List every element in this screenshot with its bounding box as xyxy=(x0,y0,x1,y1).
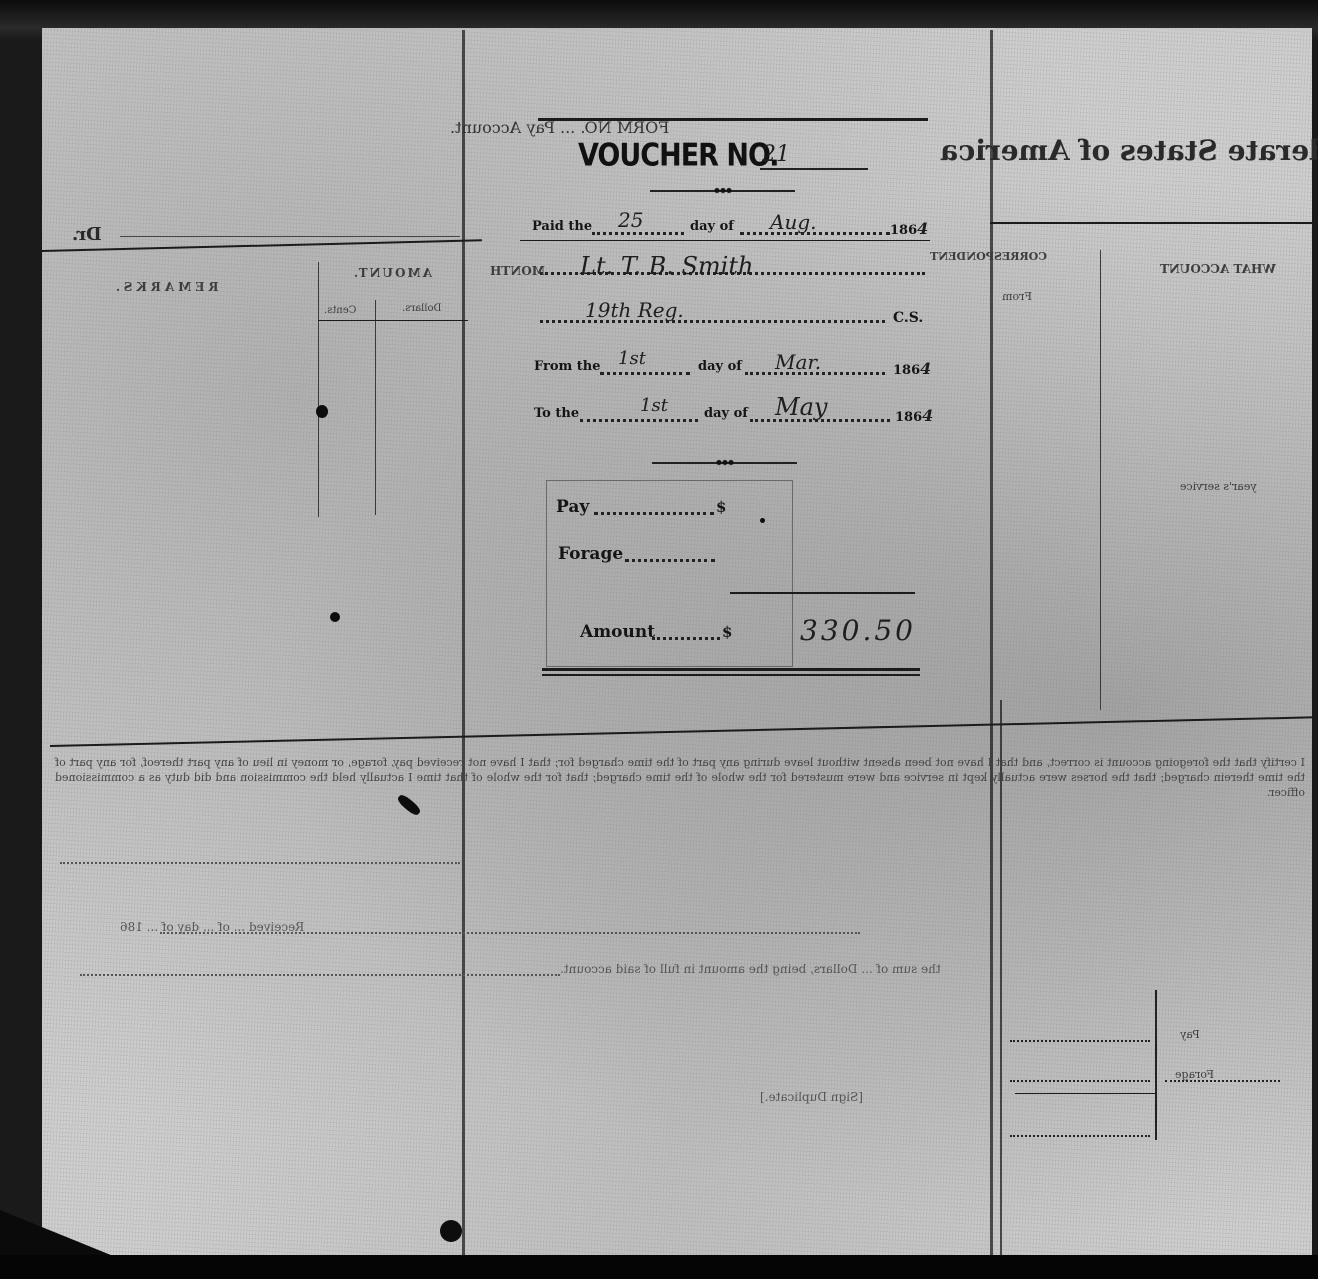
ink-blot-2 xyxy=(330,612,340,622)
pay-currency: $ xyxy=(716,498,726,516)
from-year: 1864 xyxy=(893,359,931,378)
amount-col-divider-1 xyxy=(318,262,319,517)
received-dots xyxy=(160,932,860,934)
voucher-title: VOUCHER NO. xyxy=(578,138,779,174)
ink-blot-1 xyxy=(316,405,328,418)
paid-day: 25 xyxy=(618,208,643,232)
correspondent-header: CORRESPONDENT xyxy=(930,250,1047,263)
from-year-suffix: 4 xyxy=(920,359,931,378)
remarks-header: REMARKS. xyxy=(112,280,219,294)
payee-cs-suffix: C.S. xyxy=(893,310,923,326)
payee-name: Lt. T. B. Smith xyxy=(580,252,753,280)
forage-label: Forage xyxy=(558,544,623,564)
from-dayof-label: day of xyxy=(698,359,742,374)
to-label: To the xyxy=(534,406,579,421)
from-day: 1st xyxy=(618,348,646,369)
to-day-line xyxy=(580,419,698,422)
paid-label: Paid the xyxy=(532,219,592,234)
amount-currency: $ xyxy=(722,623,732,641)
right-col-divider xyxy=(1100,250,1101,710)
right-dots-4 xyxy=(1165,1080,1280,1082)
signed-line: the sum of ... Dollars, being the amount… xyxy=(560,962,941,976)
amount-line xyxy=(652,637,720,640)
to-year: 1864 xyxy=(895,406,933,425)
ornament-divider-middle xyxy=(652,462,797,464)
years-service-text: year's service xyxy=(1180,480,1257,493)
subtotal-rule xyxy=(730,592,915,594)
dr-label: Dr. xyxy=(72,224,102,245)
amount-subheader-rule xyxy=(318,320,468,321)
right-dots-2 xyxy=(1010,1080,1150,1082)
header-rule-right xyxy=(990,222,1315,224)
ornament-divider-top xyxy=(650,190,795,192)
paid-year-suffix: 4 xyxy=(917,219,928,238)
pay-line xyxy=(594,512,714,515)
strikethrough-line xyxy=(538,118,928,121)
to-year-printed: 186 xyxy=(895,410,922,425)
dr-line xyxy=(120,236,460,237)
forage-line xyxy=(625,559,715,562)
voucher-number-line xyxy=(760,168,868,170)
paid-underline xyxy=(520,240,930,241)
payee-regiment: 19th Reg. xyxy=(585,298,684,322)
paid-year-printed: 186 xyxy=(890,223,917,238)
ink-blot-3 xyxy=(760,518,765,523)
to-month: May xyxy=(775,393,827,421)
to-day: 1st xyxy=(640,395,668,416)
total-double-rule-2 xyxy=(542,674,920,676)
to-year-suffix: 4 xyxy=(922,406,933,425)
amount-col-divider-2 xyxy=(375,300,376,515)
right-bottom-col-divider xyxy=(1155,990,1157,1140)
from-year-printed: 186 xyxy=(893,363,920,378)
paid-year-label: 1864 xyxy=(890,219,928,238)
cents-header: Cents. xyxy=(324,305,356,316)
paid-day-line xyxy=(592,232,684,235)
confederate-banner: Confederate States of America xyxy=(940,134,1318,167)
paid-month: Aug. xyxy=(770,210,816,234)
from-month: Mar. xyxy=(775,350,821,374)
pay-label: Pay xyxy=(556,497,589,517)
pay-header-right: Pay xyxy=(1180,1028,1200,1041)
cert-dots-1 xyxy=(60,862,460,864)
amount-label: Amount xyxy=(580,622,655,642)
voucher-number: 21 xyxy=(762,142,790,167)
sign-duplicate-note: [Sign Duplicate.] xyxy=(760,1090,863,1104)
signed-dots xyxy=(80,974,560,976)
ink-blot-4 xyxy=(440,1220,462,1242)
scan-bottom-edge xyxy=(0,1255,1318,1279)
dollars-header: Dollars. xyxy=(402,303,442,314)
month-header: MONTH xyxy=(490,264,545,278)
from-label: From the xyxy=(534,359,601,374)
amount-header: AMOUNT. xyxy=(352,266,432,280)
right-dots-3 xyxy=(1010,1135,1150,1137)
right-dots-1 xyxy=(1010,1040,1150,1042)
from-day-line xyxy=(600,372,690,375)
fold-line-right xyxy=(990,30,993,1260)
amount-value: 330.50 xyxy=(800,614,916,647)
right-bottom-rule xyxy=(1015,1093,1155,1094)
to-dayof-label: day of xyxy=(704,406,748,421)
total-double-rule-1 xyxy=(542,668,920,671)
paid-dayof-label: day of xyxy=(690,219,734,234)
voucher-title-label: VOUCHER NO. xyxy=(578,138,779,174)
what-account-header: WHAT ACCOUNT xyxy=(1160,262,1276,276)
fold-line-left xyxy=(462,30,465,1260)
from-header: From xyxy=(1002,290,1032,303)
certification-text: I certify that the foregoing account is … xyxy=(55,755,1305,800)
